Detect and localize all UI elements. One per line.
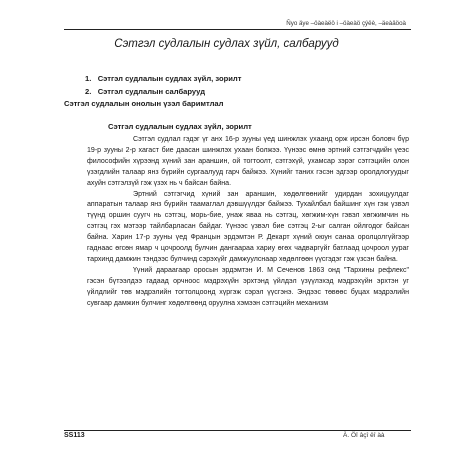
- paragraph: Эртний сэтгэгчид хүний зан араншин, хөдө…: [87, 190, 409, 266]
- toc-item-3: Сэтгэл судлалын онолын үзэл баримтлал: [64, 99, 223, 108]
- footer-code: SS113: [64, 432, 85, 439]
- toc-label: Сэтгэл судлалын салбарууд: [98, 87, 205, 96]
- section-heading: Сэтгэл судлалын судлах зүйл, зорилт: [108, 122, 252, 131]
- paragraph: Сэтгэл судлал гэдэг үг анх 16-р зууны үе…: [87, 135, 409, 190]
- header-rule: [64, 29, 411, 30]
- toc-label: Сэтгэл судлалын онолын үзэл баримтлал: [64, 99, 223, 108]
- toc-label: Сэтгэл судлалын судлах зүйл, зорилт: [98, 74, 242, 83]
- body-text: Сэтгэл судлал гэдэг үг анх 16-р зууны үе…: [87, 135, 409, 310]
- toc-item-2: 2. Сэтгэл судлалын салбарууд: [85, 87, 205, 96]
- toc-number: 1.: [85, 74, 91, 83]
- footer-author: À. Öî âçî ëî àà: [343, 432, 385, 439]
- toc-number: 2.: [85, 87, 91, 96]
- toc-item-1: 1. Сэтгэл судлалын судлах зүйл, зорилт: [85, 74, 241, 83]
- running-header: Ñyo äye –öàeàëö i –öàeàö çýëè, –äeàäöoà: [286, 20, 406, 27]
- document-page: Ñyo äye –öàeàëö i –öàeàö çýëè, –äeàäöoà …: [0, 0, 453, 453]
- paragraph: Үүний дараагаар оросын эрдэмтэн И. М Сеч…: [87, 266, 409, 310]
- page-title: Сэтгэл судлалын судлах зүйл, салбарууд: [0, 38, 453, 50]
- footer-rule: [64, 430, 411, 431]
